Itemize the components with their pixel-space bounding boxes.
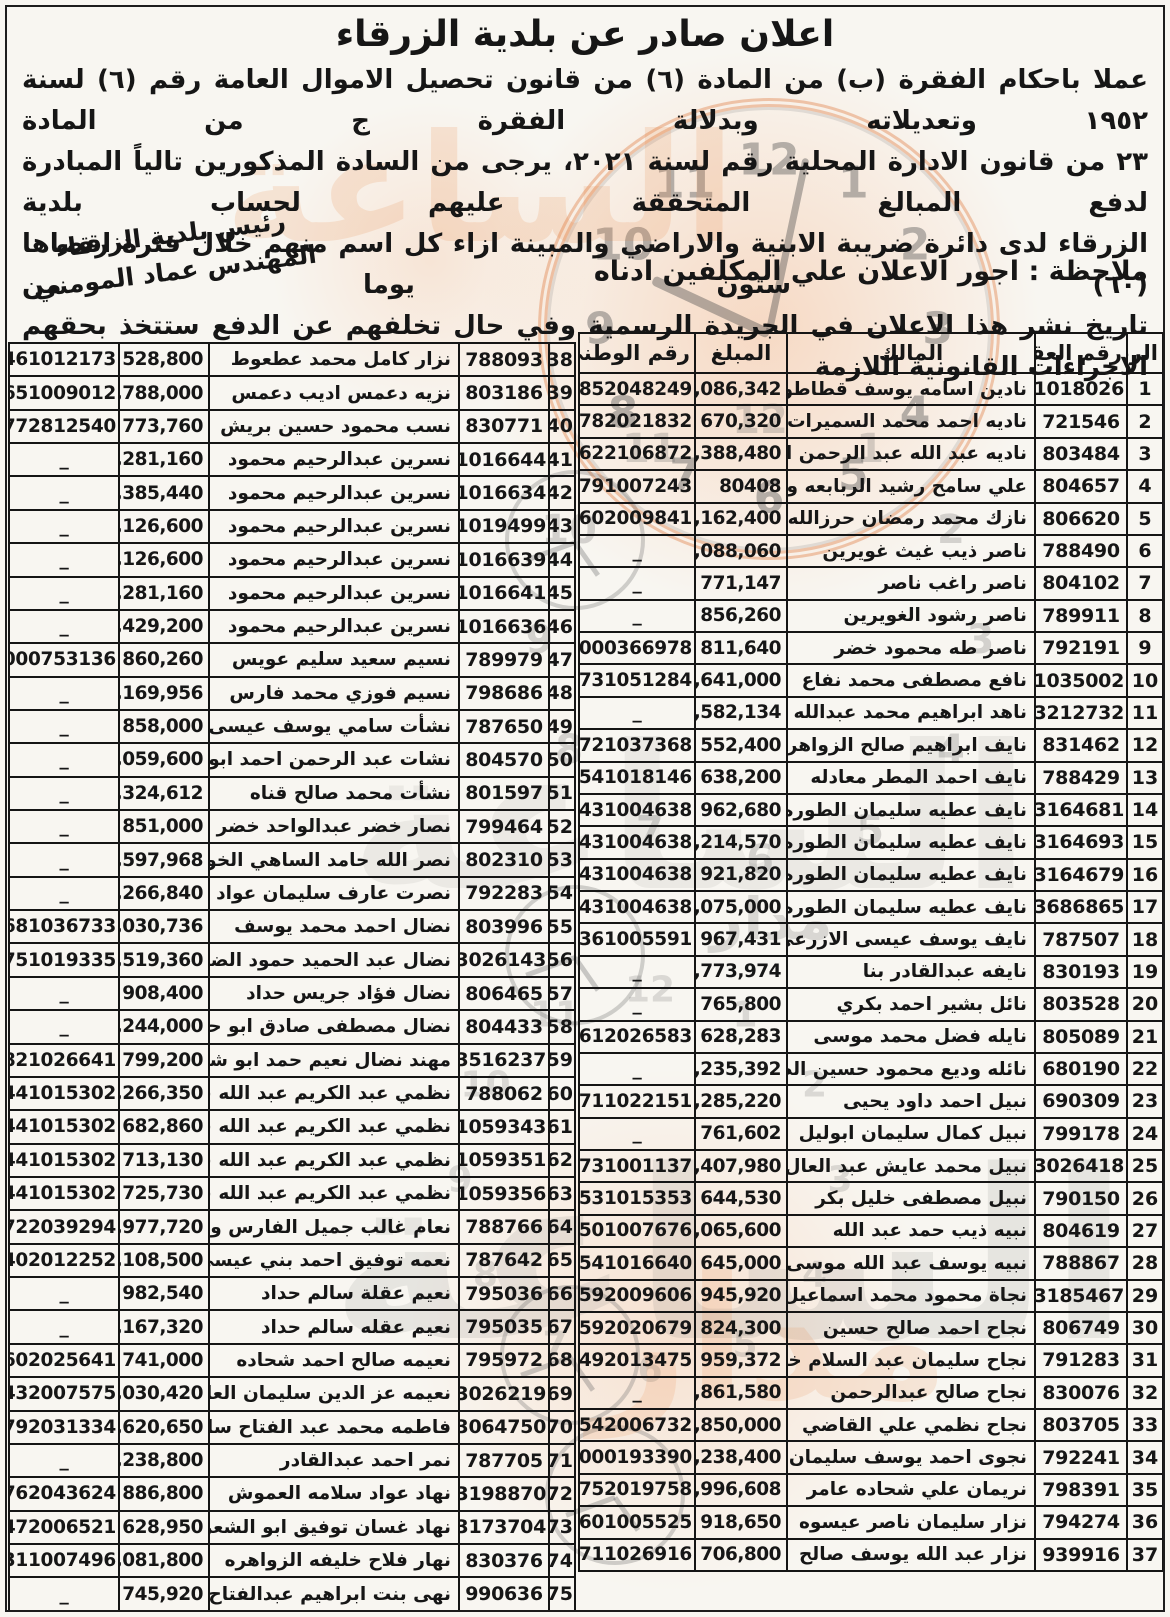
amount: 1,238,800	[119, 1444, 209, 1477]
owner-name: نايله فضل محمد موسى	[787, 1021, 1035, 1053]
amount: 745,920	[119, 1577, 209, 1611]
property-number: 787650	[459, 710, 549, 743]
table-row: 6121059343نظمي عبد الكريم عبد الله حساين…	[9, 1110, 575, 1143]
owner-name: نظمي عبد الكريم عبد الله حساين	[209, 1177, 459, 1210]
national-id: 9651009012	[9, 376, 119, 409]
national-id: _	[579, 988, 695, 1020]
table-row: 431019499نسرين عبدالرحيم محمود1,126,600_	[9, 510, 575, 543]
national-id: _	[9, 577, 119, 610]
owner-name: نعام غالب جميل الفارس و شركاها	[209, 1210, 459, 1243]
owner-name: نايف يوسف عيسى الازرعي وشركاه	[787, 923, 1035, 955]
owner-name: نازك محمد رمضان حرزالله وشركاه	[787, 503, 1035, 535]
property-number: 788093	[459, 343, 549, 376]
col-header-national-id: رقم الوطني	[579, 333, 695, 373]
property-number: 787642	[459, 1244, 549, 1277]
row-number: 12	[1127, 729, 1163, 761]
row-number: 22	[1127, 1053, 1163, 1085]
property-number: 1019499	[459, 510, 549, 543]
row-number: 10	[1127, 664, 1163, 696]
row-number: 26	[1127, 1182, 1163, 1214]
table-row: 53802310نصر الله حامد الساهي الخوالده1,5…	[9, 843, 575, 876]
owner-name: نشات عبد الرحمن احمد ابو صباح	[209, 743, 459, 776]
property-number: 787507	[1035, 923, 1127, 955]
row-number: 40	[549, 410, 575, 443]
amount: 1,996,608	[695, 1474, 787, 1506]
row-number: 13	[1127, 762, 1163, 794]
amount: 761,602	[695, 1118, 787, 1150]
property-number: 3198870	[459, 1477, 549, 1510]
owner-name: نسرين عبدالرحيم محمود	[209, 476, 459, 509]
property-number: 1016639	[459, 543, 549, 576]
table-row: 47789979نسيم سعيد سليم عويس860,260200075…	[9, 643, 575, 676]
national-id: _	[9, 510, 119, 543]
property-number: 830771	[459, 410, 549, 443]
owner-name: علي سامح رشيد الربابعه وشركاه	[787, 470, 1035, 502]
table-row: 173686865نايف عطيه سليمان الطوره1,075,00…	[579, 891, 1163, 923]
row-number: 59	[549, 1044, 575, 1077]
body-line: عملا باحكام الفقرة (ب) من المادة (٦) من …	[22, 60, 1148, 142]
owner-name: نافع مصطفى محمد نفاع	[787, 664, 1035, 696]
row-number: 11	[1127, 697, 1163, 729]
property-number: 3026219	[459, 1377, 549, 1410]
national-id: 9431004638	[579, 859, 695, 891]
owner-name: نضال فؤاد جريس حداد	[209, 977, 459, 1010]
amount: 1,850,000	[695, 1409, 787, 1441]
table-row: 101035002نافع مصطفى محمد نفاع1,641,00097…	[579, 664, 1163, 696]
national-id: 7772812540	[9, 410, 119, 443]
amount: 1,281,160	[119, 443, 209, 476]
table-row: 11018026نادين اسامه يوسف قطاطو1,086,3429…	[579, 373, 1163, 405]
owner-name: نايف عطيه سليمان الطوره	[787, 891, 1035, 923]
property-number: 789979	[459, 643, 549, 676]
table-row: 6321059356نظمي عبد الكريم عبد الله حساين…	[9, 1177, 575, 1210]
national-id: _	[9, 610, 119, 643]
owner-name: نايفه عبدالقادر بنا	[787, 956, 1035, 988]
owner-name: مهند نضال نعيم حمد ابو شهاب	[209, 1044, 459, 1077]
row-number: 3	[1127, 438, 1163, 470]
owner-name: نعمه توفيق احمد بني عيسى	[209, 1244, 459, 1277]
owner-name: نسيم سعيد سليم عويس	[209, 643, 459, 676]
table-row: 60788062نظمي عبد الكريم عبد الله حساين1,…	[9, 1077, 575, 1110]
table-row: 18787507نايف يوسف عيسى الازرعي وشركاه967…	[579, 923, 1163, 955]
table-row: 27804619نبيه ذيب حمد عبد الله1,065,60095…	[579, 1215, 1163, 1247]
row-number: 69	[549, 1377, 575, 1410]
row-number: 46	[549, 610, 575, 643]
row-number: 47	[549, 643, 575, 676]
table-row: 51801597نشأت محمد صالح قناه1,324,612_	[9, 777, 575, 810]
owner-name: نايف عطيه سليمان الطوره	[787, 859, 1035, 891]
row-number: 8	[1127, 600, 1163, 632]
owner-name: نعيمه صالح احمد شحاده	[209, 1344, 459, 1377]
amount: 552,400	[695, 729, 787, 761]
national-id: 9852048249	[579, 373, 695, 405]
property-number: 3164681	[1035, 794, 1127, 826]
row-number: 39	[549, 376, 575, 409]
amount: 1,519,360	[119, 943, 209, 976]
col-header-number: الرقم	[1127, 333, 1163, 373]
row-number: 41	[549, 443, 575, 476]
owner-name: نبيل كمال سليمان ابوليل	[787, 1118, 1035, 1150]
property-number: 3173704	[459, 1511, 549, 1544]
property-number: 690309	[1035, 1085, 1127, 1117]
row-number: 50	[549, 743, 575, 776]
property-number: 830376	[459, 1544, 549, 1577]
table-row: 4804657علي سامح رشيد الربابعه وشركاه8040…	[579, 470, 1163, 502]
property-number: 1018026	[1035, 373, 1127, 405]
property-number: 798391	[1035, 1474, 1127, 1506]
property-number: 21059343	[459, 1110, 549, 1143]
amount: 982,540	[119, 1277, 209, 1310]
row-number: 42	[549, 476, 575, 509]
national-id: _	[9, 1444, 119, 1477]
table-row: 563026143نضال عبد الحميد حمود الضمور1,51…	[9, 943, 575, 976]
property-number: 3212732	[1035, 697, 1127, 729]
amount: 918,650	[695, 1506, 787, 1538]
amount: 528,800	[119, 343, 209, 376]
property-number: 3516237	[459, 1044, 549, 1077]
amount: 1,075,000	[695, 891, 787, 923]
row-number: 34	[1127, 1441, 1163, 1473]
national-id: 9792031334	[9, 1411, 119, 1444]
national-id: _	[9, 777, 119, 810]
property-number: 788490	[1035, 535, 1127, 567]
row-number: 6	[1127, 535, 1163, 567]
row-number: 37	[1127, 1539, 1163, 1572]
owner-name: نائله وديع محمود حسين الطويل	[787, 1053, 1035, 1085]
row-number: 38	[549, 343, 575, 376]
national-id: 9722039294	[9, 1210, 119, 1243]
national-id: 9622106872	[579, 438, 695, 470]
national-id: 9441015302	[9, 1110, 119, 1143]
amount: 1,030,736	[119, 910, 209, 943]
national-id: 9601005525	[579, 1506, 695, 1538]
row-number: 5	[1127, 503, 1163, 535]
owner-name: فاطمه محمد عبد الفتاح سلامه وشركاه	[209, 1411, 459, 1444]
national-id: _	[9, 677, 119, 710]
table-row: 7804102ناصر راغب ناصر771,147_	[579, 567, 1163, 599]
amount: 1,088,060	[695, 535, 787, 567]
amount: 856,260	[695, 600, 787, 632]
national-id: _	[579, 567, 695, 599]
owner-name: نادين اسامه يوسف قطاطو	[787, 373, 1035, 405]
table-row: 9792191ناصر طه محمود خضر811,640200036697…	[579, 632, 1163, 664]
col-header-amount: المبلغ	[695, 333, 787, 373]
owner-name: نعيم عقله سالم حداد	[209, 1310, 459, 1343]
owner-name: نشأت سامي يوسف عيسى	[209, 710, 459, 743]
property-number: 1016644	[459, 443, 549, 476]
amount: 1,620,650	[119, 1411, 209, 1444]
table-row: 6221059351نظمي عبد الكريم عبد الله حساين…	[9, 1144, 575, 1177]
amount: 1,126,600	[119, 510, 209, 543]
table-row: 71787705نمر احمد عبدالقادر1,238,800_	[9, 1444, 575, 1477]
owner-name: نجاح احمد صالح حسين	[787, 1312, 1035, 1344]
table-row: 64788766نعام غالب جميل الفارس و شركاها1,…	[9, 1210, 575, 1243]
table-row: 20803528نائل بشير احمد بكري765,800_	[579, 988, 1163, 1020]
property-number: 830193	[1035, 956, 1127, 988]
row-number: 65	[549, 1244, 575, 1277]
row-number: 71	[549, 1444, 575, 1477]
row-number: 14	[1127, 794, 1163, 826]
amount: 1,108,500	[119, 1244, 209, 1277]
owner-name: نهار فلاح خليفه الزواهره	[209, 1544, 459, 1577]
row-number: 21	[1127, 1021, 1163, 1053]
property-number: 795972	[459, 1344, 549, 1377]
owner-name: نائل بشير احمد بكري	[787, 988, 1035, 1020]
amount: 706,800	[695, 1539, 787, 1572]
row-number: 35	[1127, 1474, 1163, 1506]
amount: 1,167,320	[119, 1310, 209, 1343]
property-number: 792191	[1035, 632, 1127, 664]
owner-name: ناديه احمد محمد السميرات	[787, 405, 1035, 437]
amount: 1,281,160	[119, 577, 209, 610]
amount: 1,214,570	[695, 826, 787, 858]
row-number: 73	[549, 1511, 575, 1544]
owner-name: نبيه يوسف عبد الله موسى	[787, 1247, 1035, 1279]
owner-name: ناصر راغب ناصر	[787, 567, 1035, 599]
owner-name: نسرين عبدالرحيم محمود	[209, 443, 459, 476]
national-id: 9441015302	[9, 1144, 119, 1177]
row-number: 60	[549, 1077, 575, 1110]
row-number: 16	[1127, 859, 1163, 891]
table-row: 3803484ناديه عبد الله عبد الرحمن الاسمر2…	[579, 438, 1163, 470]
table-row: 31791283نجاح سليمان عبد السلام خليفات959…	[579, 1344, 1163, 1376]
property-number: 806465	[459, 977, 549, 1010]
amount: 1,162,400	[695, 503, 787, 535]
body-line: ٢٣ من قانون الادارة المحلية رقم لسنة ٢٠٢…	[22, 142, 1148, 224]
row-number: 7	[1127, 567, 1163, 599]
amount: 1,597,968	[119, 843, 209, 876]
national-id: 9431004638	[579, 891, 695, 923]
national-id: 9492013475	[579, 1344, 695, 1376]
table-row: 35798391نريمان علي شحاده عامر1,996,60897…	[579, 1474, 1163, 1506]
property-number: 3164693	[1035, 826, 1127, 858]
owner-name: ناصر طه محمود خضر	[787, 632, 1035, 664]
property-number: 791283	[1035, 1344, 1127, 1376]
property-number: 21059351	[459, 1144, 549, 1177]
amount: 1,059,600	[119, 743, 209, 776]
owner-name: نسب محمود حسين بريش	[209, 410, 459, 443]
property-number: 721546	[1035, 405, 1127, 437]
property-number: 804570	[459, 743, 549, 776]
table-row: 40830771نسب محمود حسين بريش773,760777281…	[9, 410, 575, 443]
national-id: 9361005591	[579, 923, 695, 955]
owner-name: نسرين عبدالرحيم محمود	[209, 577, 459, 610]
row-number: 67	[549, 1310, 575, 1343]
owner-name: نزار كامل محمد عطعوط	[209, 343, 459, 376]
table-row: 293185467نجاة محمود محمد اسماعيل945,9209…	[579, 1280, 1163, 1312]
national-id: 9402012252	[9, 1244, 119, 1277]
national-id: _	[9, 843, 119, 876]
property-number: 799178	[1035, 1118, 1127, 1150]
row-number: 2	[1127, 405, 1163, 437]
national-id: 9441015302	[9, 1177, 119, 1210]
taxpayers-table-left: 38788093نزار كامل محمد عطعوط528,80094610…	[8, 342, 576, 1612]
property-number: 788062	[459, 1077, 549, 1110]
amount: 1,126,600	[119, 543, 209, 576]
national-id: _	[9, 543, 119, 576]
amount: 799,200	[119, 1044, 209, 1077]
table-row: 33803705نجاح نظمي علي القاضي1,850,000954…	[579, 1409, 1163, 1441]
table-row: 50804570نشات عبد الرحمن احمد ابو صباح1,0…	[9, 743, 575, 776]
owner-name: نسرين عبدالرحيم محمود	[209, 610, 459, 643]
property-number: 680190	[1035, 1053, 1127, 1085]
amount: 1,324,612	[119, 777, 209, 810]
row-number: 25	[1127, 1150, 1163, 1182]
owner-name: نايف ابراهيم صالح الزواهره	[787, 729, 1035, 761]
row-number: 58	[549, 1010, 575, 1043]
amount: 1,266,350	[119, 1077, 209, 1110]
national-id: _	[9, 977, 119, 1010]
national-id: 9821026641	[9, 1044, 119, 1077]
property-number: 3185467	[1035, 1280, 1127, 1312]
row-number: 62	[549, 1144, 575, 1177]
row-number: 31	[1127, 1344, 1163, 1376]
amount: 1,773,974	[695, 956, 787, 988]
table-row: 421016634نسرين عبدالرحيم محمود1,385,440_	[9, 476, 575, 509]
table-row: 22680190نائله وديع محمود حسين الطويل1,23…	[579, 1053, 1163, 1085]
amount: 644,530	[695, 1182, 787, 1214]
national-id: _	[9, 810, 119, 843]
property-number: 806749	[1035, 1312, 1127, 1344]
owner-name: نبيل مصطفى خليل بكر	[787, 1182, 1035, 1214]
property-number: 794274	[1035, 1506, 1127, 1538]
owner-name: نهى بنت ابراهيم عبدالفتاح الشريف	[209, 1577, 459, 1611]
national-id: 9782021832	[579, 405, 695, 437]
table-row: 57806465نضال فؤاد جريس حداد908,400_	[9, 977, 575, 1010]
national-id: 9541016640	[579, 1247, 695, 1279]
property-number: 831462	[1035, 729, 1127, 761]
property-number: 806620	[1035, 503, 1127, 535]
table-row: 49787650نشأت سامي يوسف عيسى858,000_	[9, 710, 575, 743]
national-id: 2000753136	[9, 643, 119, 676]
row-number: 53	[549, 843, 575, 876]
amount: 1,235,392	[695, 1053, 787, 1085]
owner-name: نضال احمد محمد يوسف	[209, 910, 459, 943]
amount: 1,641,000	[695, 664, 787, 696]
property-number: 803996	[459, 910, 549, 943]
owner-name: نسرين عبدالرحيم محمود	[209, 543, 459, 576]
table-row: 143164681نايف عطيه سليمان الطوره962,6809…	[579, 794, 1163, 826]
row-number: 1	[1127, 373, 1163, 405]
row-number: 23	[1127, 1085, 1163, 1117]
national-id: 9752019758	[579, 1474, 695, 1506]
property-number: 803528	[1035, 988, 1127, 1020]
owner-name: نايف عطيه سليمان الطوره	[787, 826, 1035, 858]
national-id: 9461012173	[9, 343, 119, 376]
property-number: 939916	[1035, 1539, 1127, 1572]
owner-name: نعيمه عز الدين سليمان العابودي	[209, 1377, 459, 1410]
table-row: 461016636نسرين عبدالرحيم محمود1,429,200_	[9, 610, 575, 643]
national-id: _	[9, 743, 119, 776]
property-number: 789911	[1035, 600, 1127, 632]
national-id: _	[579, 1053, 695, 1085]
national-id: 9721037368	[579, 729, 695, 761]
table-row: 48798686نسيم فوزي محمد فارس1,169,956_	[9, 677, 575, 710]
row-number: 68	[549, 1344, 575, 1377]
owner-name: نهاد غسان توفيق ابو الشعر	[209, 1511, 459, 1544]
owner-name: نبيل احمد داود يحيى	[787, 1085, 1035, 1117]
property-number: 21059356	[459, 1177, 549, 1210]
property-number: 795035	[459, 1310, 549, 1343]
amount: 80408	[695, 470, 787, 502]
property-number: 1016636	[459, 610, 549, 643]
table-row: 12831462نايف ابراهيم صالح الزواهره552,40…	[579, 729, 1163, 761]
national-id: 9731051284	[579, 664, 695, 696]
national-id: 9441015302	[9, 1077, 119, 1110]
amount: 1,244,000	[119, 1010, 209, 1043]
national-id: _	[579, 535, 695, 567]
row-number: 45	[549, 577, 575, 610]
amount: 741,000	[119, 1344, 209, 1377]
amount: 1,429,200	[119, 610, 209, 643]
amount: 1,169,956	[119, 677, 209, 710]
announcement-page: 121234567891011 121234567891011 12123456…	[0, 0, 1170, 1617]
national-id: 9602025641	[9, 1344, 119, 1377]
amount: 860,260	[119, 643, 209, 676]
national-id: _	[9, 1310, 119, 1343]
row-number: 48	[549, 677, 575, 710]
table-row: 2721546ناديه احمد محمد السميرات670,32097…	[579, 405, 1163, 437]
row-number: 15	[1127, 826, 1163, 858]
amount: 638,200	[695, 762, 787, 794]
national-id: _	[579, 1118, 695, 1150]
owner-name: نصار خضر عبدالواحد خضر و شريكته	[209, 810, 459, 843]
property-number: 788867	[1035, 1247, 1127, 1279]
amount: 858,000	[119, 710, 209, 743]
table-row: 26790150نبيل مصطفى خليل بكر644,530953101…	[579, 1182, 1163, 1214]
row-number: 28	[1127, 1247, 1163, 1279]
property-number: 804102	[1035, 567, 1127, 599]
table-row: 723198870نهاد عواد سلامه العموش886,80097…	[9, 1477, 575, 1510]
property-number: 788766	[459, 1210, 549, 1243]
owner-name: نمر احمد عبدالقادر	[209, 1444, 459, 1477]
property-number: 803186	[459, 376, 549, 409]
property-number: 803484	[1035, 438, 1127, 470]
table-row: 28788867نبيه يوسف عبد الله موسى645,00095…	[579, 1247, 1163, 1279]
table-header-row: الرقم رقم العقار المالك المبلغ رقم الوطن…	[579, 333, 1163, 373]
row-number: 56	[549, 943, 575, 976]
national-id: 2000366978	[579, 632, 695, 664]
table-row: 54792283نصرت عارف سليمان عواد1,266,840_	[9, 877, 575, 910]
amount: 773,760	[119, 410, 209, 443]
row-number: 54	[549, 877, 575, 910]
row-number: 36	[1127, 1506, 1163, 1538]
amount: 851,000	[119, 810, 209, 843]
property-number: 1035002	[1035, 664, 1127, 696]
owner-name: ناهد ابراهيم محمد عبدالله	[787, 697, 1035, 729]
row-number: 24	[1127, 1118, 1163, 1150]
amount: 1,030,420	[119, 1377, 209, 1410]
row-number: 51	[549, 777, 575, 810]
amount: 2,388,480	[695, 438, 787, 470]
property-number: 830076	[1035, 1377, 1127, 1409]
property-number: 792283	[459, 877, 549, 910]
national-id: 9762043624	[9, 1477, 119, 1510]
row-number: 43	[549, 510, 575, 543]
table-row: 593516237مهند نضال نعيم حمد ابو شهاب799,…	[9, 1044, 575, 1077]
property-number: 3064750	[459, 1411, 549, 1444]
national-id: _	[9, 877, 119, 910]
table-row: 163164679نايف عطيه سليمان الطوره921,8209…	[579, 859, 1163, 891]
row-number: 18	[1127, 923, 1163, 955]
amount: 945,920	[695, 1280, 787, 1312]
property-number: 788429	[1035, 762, 1127, 794]
property-number: 792241	[1035, 1441, 1127, 1473]
row-number: 61	[549, 1110, 575, 1143]
property-number: 801597	[459, 777, 549, 810]
owner-name: نزيه دعمس اديب دعمس	[209, 376, 459, 409]
table-row: 37939916نزار عبد الله يوسف صالح706,80097…	[579, 1539, 1163, 1572]
